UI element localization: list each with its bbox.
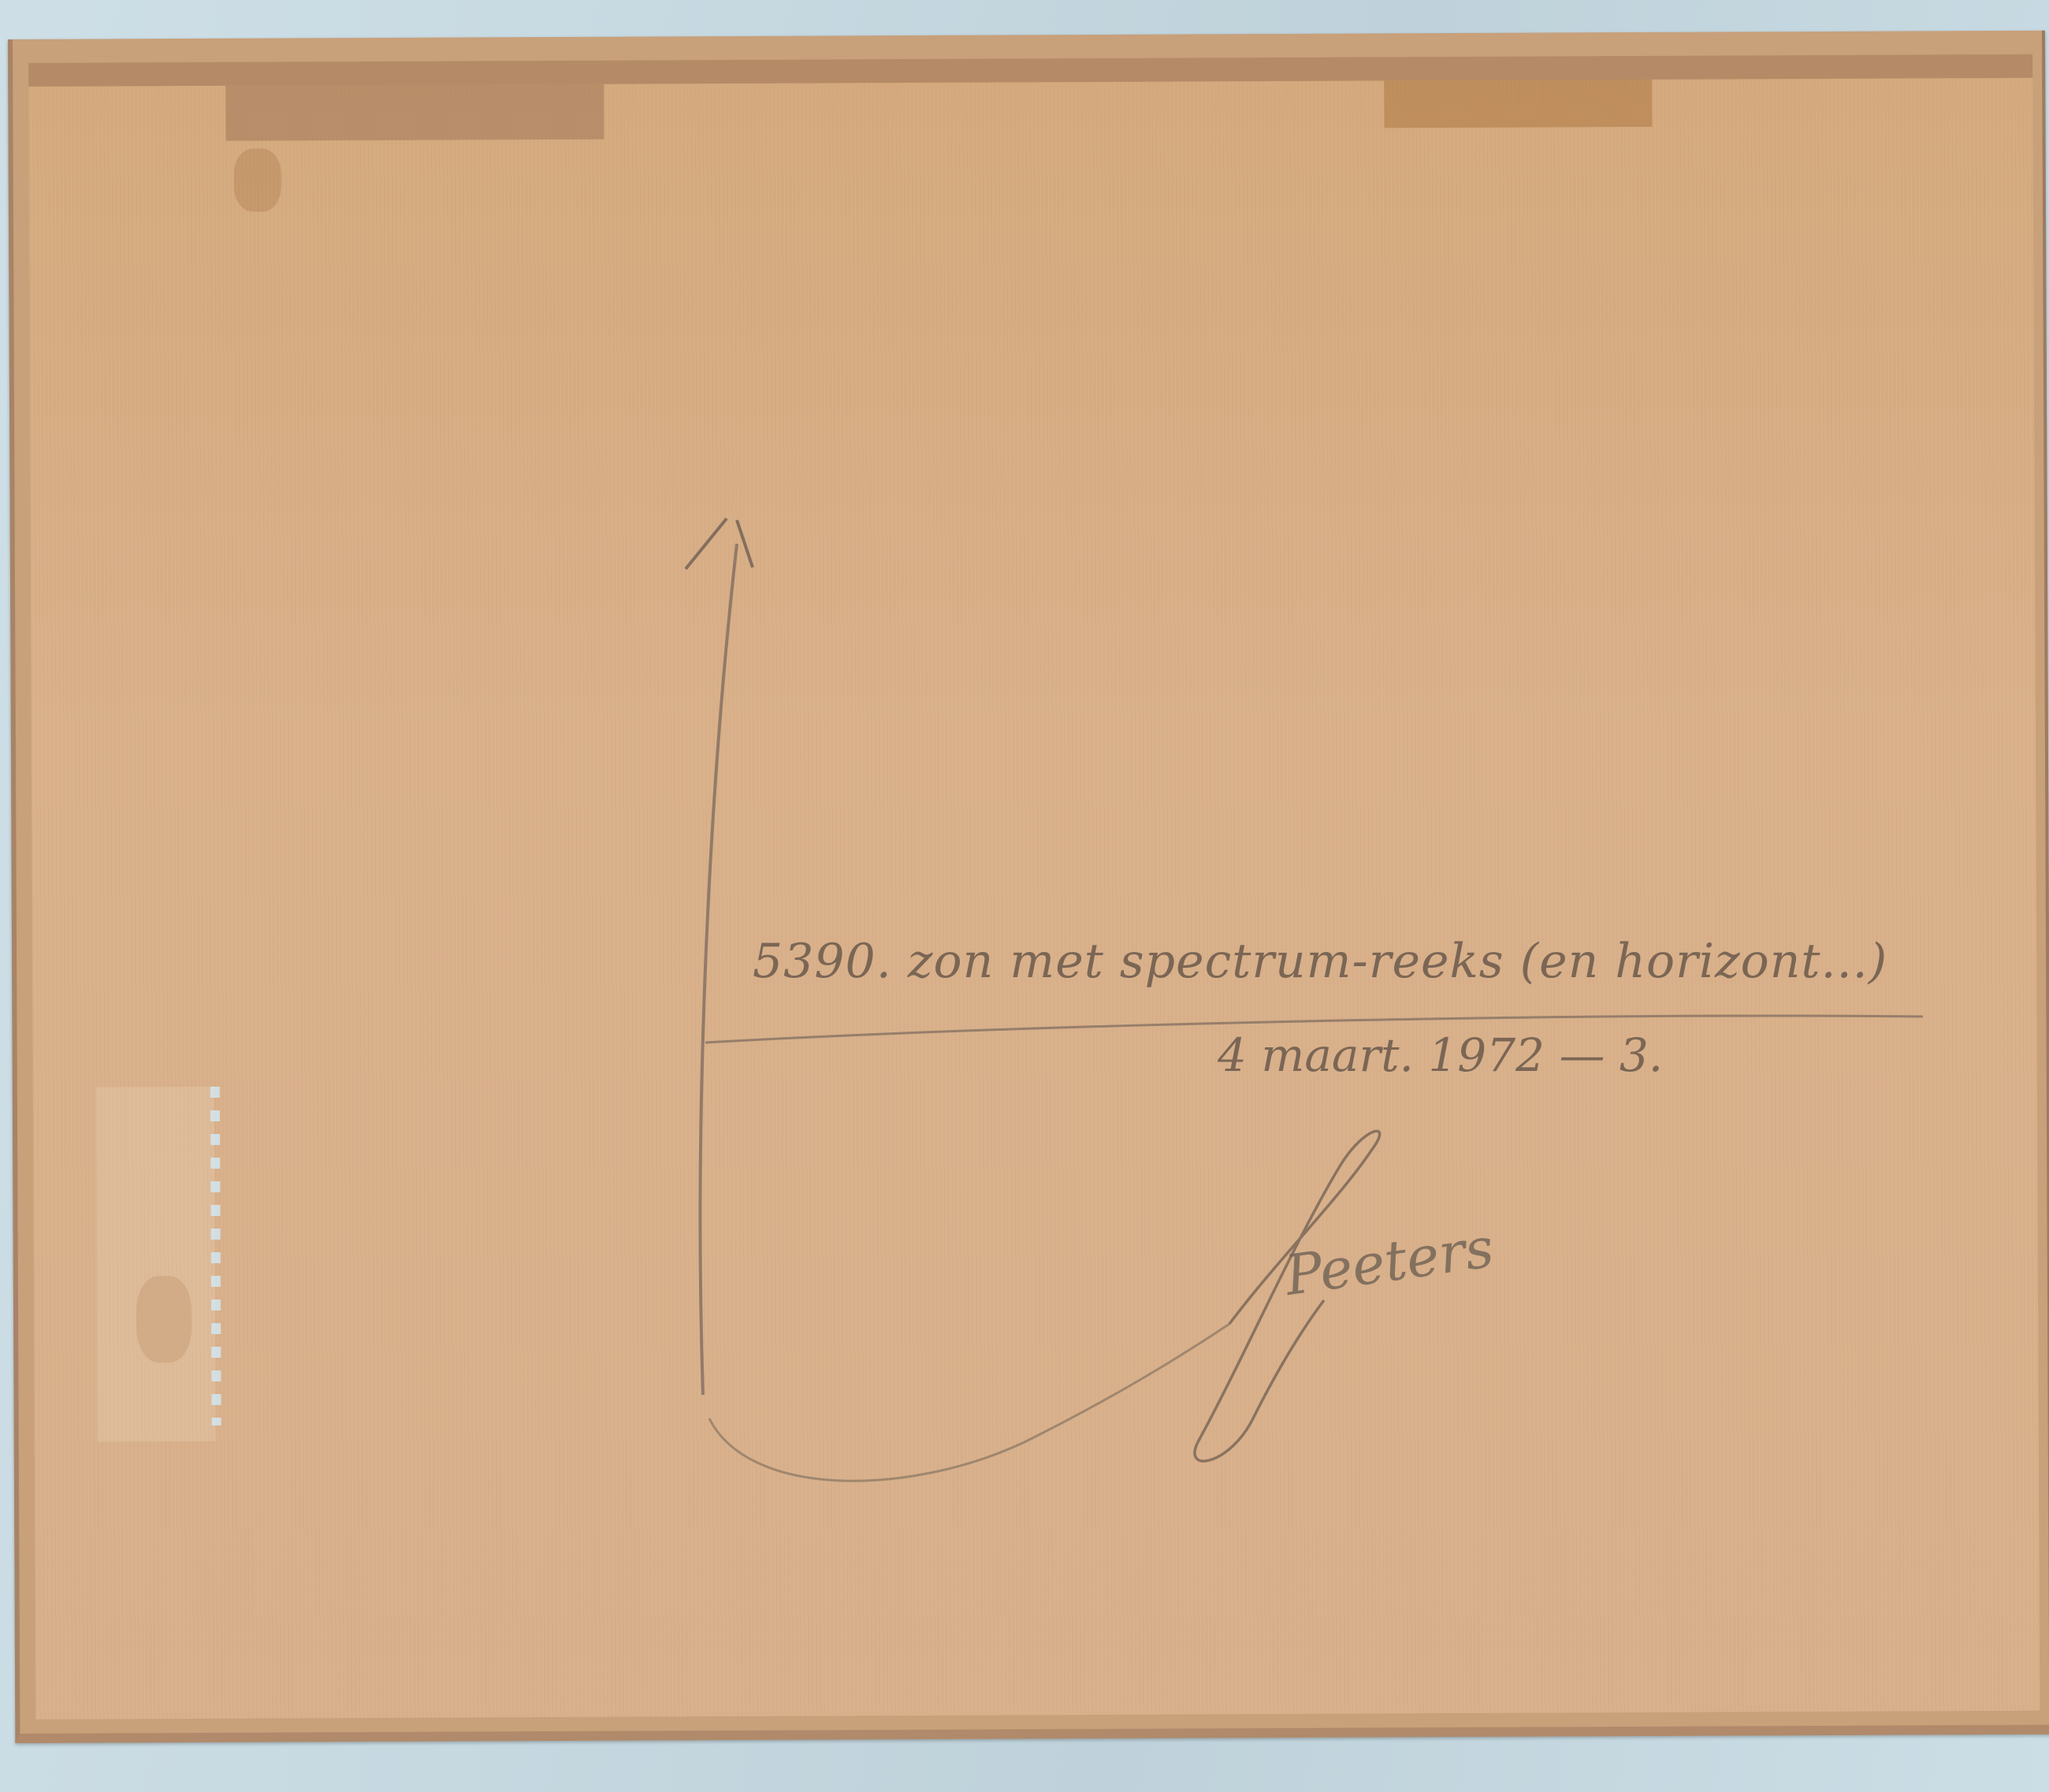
title-parenthetical: (en horizont...) [1520,934,1887,989]
inscription-date: 4 maart. 1972 — 3. [1218,1028,1663,1082]
artwork-title: zon met spectrum-reeks [908,934,1504,989]
signature-flourish [709,1324,1229,1481]
up-arrow-icon [686,519,753,569]
pencil-drawing [0,0,2049,1792]
inscription-title: 5390. zon met spectrum-reeks (en horizon… [753,934,1887,989]
catalog-number: 5390. [753,934,892,989]
up-arrow-shaft [701,544,737,1395]
